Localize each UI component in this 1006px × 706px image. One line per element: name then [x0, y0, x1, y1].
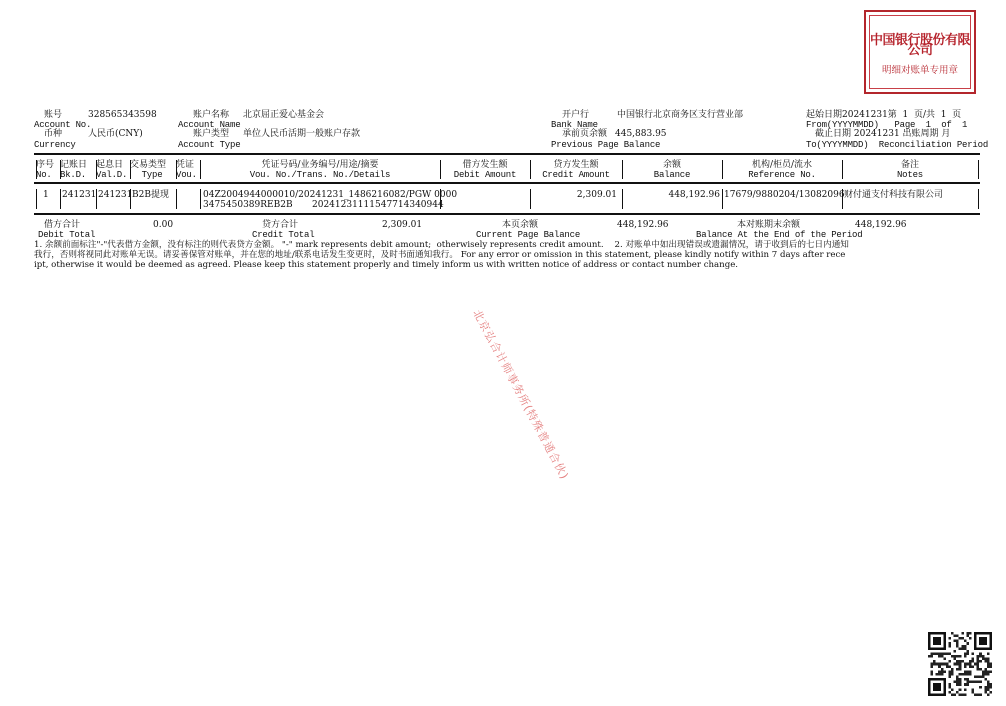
column-header-cn: 凭证 — [176, 160, 200, 170]
column-divider — [60, 160, 61, 179]
bank-value: 中国银行北京商务区支行营业部 — [617, 110, 743, 120]
account-name-value: 北京屈正爱心基金会 — [243, 110, 324, 120]
page-balance-label: 本页余额 — [502, 220, 538, 230]
credit-total-label: 贷方合计 — [262, 220, 298, 230]
column-divider — [36, 189, 37, 209]
row-type: B2B提现 — [132, 190, 169, 200]
bank-label: 开户行 — [562, 110, 589, 120]
column-divider — [176, 189, 177, 209]
column-header-cn: 贷方发生额 — [530, 160, 622, 170]
column-header-cn: 交易类型 — [130, 160, 174, 170]
row-reference: 17679/9880204/13082096 — [724, 190, 845, 200]
account-type-label: 账户类型 — [193, 129, 229, 139]
account-no-value: 328565343598 — [88, 110, 157, 120]
column-divider — [530, 189, 531, 209]
column-header-cn: 起息日 — [96, 160, 130, 170]
column-header-en: Credit Amount — [530, 170, 622, 180]
column-header-cn: 凭证号码/业务编号/用途/摘要 — [200, 160, 440, 170]
column-divider — [440, 160, 441, 179]
header-rule — [34, 153, 980, 155]
from-date-line: 起始日期20241231第 1 页/共 1 页 — [806, 110, 961, 120]
column-header-cn: 余额 — [622, 160, 722, 170]
column-header-en: Balance — [622, 170, 722, 180]
row-bk-date: 241231 — [62, 190, 96, 200]
bank-seal: 中国银行股份有限公司 明细对账单专用章 — [864, 10, 976, 94]
prev-balance-value: 445,883.95 — [615, 129, 667, 139]
row-credit: 2,309.01 — [530, 190, 617, 200]
seal-bank-name: 中国银行股份有限公司 — [866, 36, 974, 56]
column-header-en: Val.D. — [96, 170, 130, 180]
column-divider — [622, 189, 623, 209]
account-no-label: 账号 — [44, 110, 62, 120]
column-header-cn: 记账日 — [60, 160, 96, 170]
currency-label-en: Currency — [34, 140, 76, 150]
to-date-line: 截止日期 20241231 出账周期 月 — [815, 129, 950, 139]
column-divider — [200, 160, 201, 179]
account-no-label-en: Account No. — [34, 120, 91, 130]
account-name-label: 账户名称 — [193, 110, 229, 120]
row-details-line2b: 20241231111547714340944 — [312, 200, 444, 210]
column-header-en: Vou. No./Trans. No./Details — [200, 170, 440, 180]
note-line-2: 我行，否则将视同此对账单无误。请妥善保管对账单，并在您的地址/联系电话发生变更时… — [34, 250, 845, 260]
prev-balance-label: 承前页余额 — [562, 129, 607, 139]
to-date-line-en: To(YYYYMMDD) Reconciliation Period — [806, 140, 988, 150]
note-line-3: ipt, otherwise it would be deemed as agr… — [34, 260, 738, 270]
column-header-en: Reference No. — [722, 170, 842, 180]
column-divider — [842, 160, 843, 179]
column-header-en: Type — [130, 170, 174, 180]
column-divider — [842, 189, 843, 209]
column-divider — [130, 160, 131, 179]
column-divider — [176, 160, 177, 179]
column-header-cn: 备注 — [842, 160, 978, 170]
column-header-cn: 借方发生额 — [440, 160, 530, 170]
table-bottom-rule — [34, 213, 980, 215]
row-balance: 448,192.96 — [622, 190, 720, 200]
column-divider — [60, 189, 61, 209]
column-divider — [96, 189, 97, 209]
debit-total-label: 借方合计 — [44, 220, 80, 230]
column-divider — [440, 189, 441, 209]
row-details-line1: 04Z2004944000010/20241231_1486216082/PGW… — [203, 190, 457, 200]
column-header-en: Vou. — [176, 170, 200, 180]
account-type-value: 单位人民币活期一般账户存款 — [243, 129, 360, 139]
column-header-cn: 机构/柜员/流水 — [722, 160, 842, 170]
currency-label: 币种 — [44, 129, 62, 139]
column-header-en: Bk.D. — [60, 170, 96, 180]
column-divider — [36, 160, 37, 179]
period-end-label: 本对账期末余额 — [737, 220, 800, 230]
debit-total-value: 0.00 — [153, 220, 173, 230]
prev-balance-label-en: Previous Page Balance — [551, 140, 660, 150]
column-divider — [130, 189, 131, 209]
debit-total-label-en: Debit Total — [38, 230, 95, 240]
qr-code-icon[interactable] — [928, 632, 992, 696]
period-end-label-en: Balance At the End of the Period — [696, 230, 862, 240]
column-divider — [530, 160, 531, 179]
row-details-line2a: 3475450389REB2B — [203, 200, 293, 210]
column-divider — [96, 160, 97, 179]
page-balance-label-en: Current Page Balance — [476, 230, 580, 240]
column-divider — [978, 189, 979, 209]
currency-value: 人民币(CNY) — [88, 129, 143, 139]
column-header-en: Notes — [842, 170, 978, 180]
account-type-label-en: Account Type — [178, 140, 240, 150]
auditor-stamp: 北京弘合计师事务所(特殊普通合伙) — [471, 309, 569, 482]
credit-total-label-en: Credit Total — [252, 230, 314, 240]
period-end-value: 448,192.96 — [855, 220, 907, 230]
column-divider — [200, 189, 201, 209]
credit-total-value: 2,309.01 — [382, 220, 422, 230]
column-divider — [722, 160, 723, 179]
row-val-date: 241231 — [98, 190, 132, 200]
table-header-rule — [34, 182, 980, 184]
column-divider — [978, 160, 979, 179]
note-line-1: 1. 余额前面标注"-"代表借方金额，没有标注的则代表贷方金额。 "-" mar… — [34, 240, 849, 250]
column-header-cn: 序号 — [36, 160, 58, 170]
column-divider — [622, 160, 623, 179]
page-balance-value: 448,192.96 — [617, 220, 669, 230]
column-header-en: No. — [36, 170, 58, 180]
row-no: 1 — [43, 190, 49, 200]
row-notes: 财付通支付科技有限公司 — [844, 190, 943, 200]
seal-purpose: 明细对账单专用章 — [866, 66, 974, 76]
column-header-en: Debit Amount — [440, 170, 530, 180]
column-divider — [722, 189, 723, 209]
